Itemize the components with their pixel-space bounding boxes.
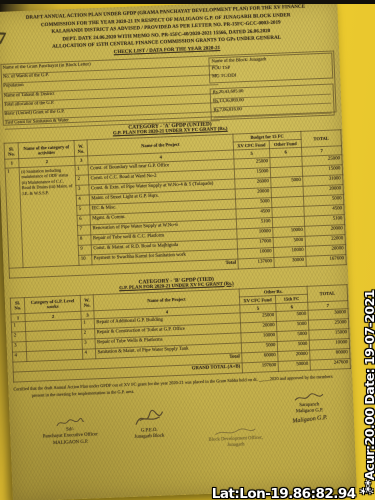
peo-signature-block: Sd/-Panchayat Executive OfficerMALIGAON …	[27, 416, 114, 448]
bdo-signature-block: Block Development Officer,Junagarh	[183, 425, 288, 452]
category-a-table: Sl. No.Name of the category of activitie…	[4, 129, 347, 278]
table-cell: 3	[76, 184, 89, 195]
signature-squiggle	[131, 408, 166, 429]
table-cell: Sl. No.	[10, 297, 25, 314]
table-cell: 247600	[310, 359, 350, 371]
table-cell: W. No.	[74, 140, 88, 157]
table-cell: 4	[76, 194, 89, 205]
table-cell: 7	[77, 224, 90, 235]
gps-latlon-overlay: Lat:Lon-19.86:82.94 **	[212, 486, 373, 500]
sarpanch-signature-block: SarapanchMaligaon G.P. Maligaon G.P.	[266, 390, 353, 424]
table-cell: 1	[11, 322, 25, 333]
category-b-table: Sl. No.Category of G.P. Level worksW. No…	[10, 284, 351, 383]
allocation-values-box: Rs.20,43,685.00Rs.13,36,869.00Rs.7,06,81…	[210, 84, 335, 121]
signature-line: Junagarh Block	[119, 433, 179, 442]
table-cell: TOTAL	[307, 284, 348, 302]
document-photo: 7 DRAFT ANNUAL ACTION PLAN UNDER GPDP (G…	[0, 0, 375, 500]
gp-info-box: Name of the Gram Panchayat (in Block Let…	[0, 50, 336, 125]
table-cell: 30000	[274, 256, 306, 267]
table-cell: 2	[12, 332, 26, 343]
table-cell: 10	[79, 254, 92, 265]
gpeo-signature-lines: G.P.E.O.Junagarh Block	[119, 427, 179, 442]
table-cell: 2	[75, 174, 88, 185]
table-cell: 4	[12, 352, 26, 363]
table-cell: 167600	[306, 254, 346, 266]
table-cell: 9	[78, 244, 91, 255]
table-cell: 5	[77, 204, 90, 215]
table-cell: 4	[82, 349, 95, 360]
table-cell: TOTAL	[301, 130, 342, 148]
gp-info-labels: Name of the Gram Panchayat (in Block Let…	[2, 57, 219, 130]
photo-dark-edge	[0, 0, 375, 4]
table-cell: 1	[81, 319, 94, 330]
table-cell: W. No.	[80, 294, 94, 311]
paper-document: 7 DRAFT ANNUAL ACTION PLAN UNDER GPDP (G…	[0, 0, 357, 500]
bdo-signature-lines: Block Development Officer,Junagarh	[184, 435, 288, 452]
block-info-box: Name of the Block: JunagarhPOU TSPMG TC/…	[208, 53, 333, 84]
table-cell: 6	[77, 214, 90, 225]
table-cell: 2	[82, 329, 95, 340]
table-cell: 8	[78, 234, 91, 245]
table-cell: Sl. No.	[4, 143, 19, 160]
signature-section: Sd/-Panchayat Executive OfficerMALIGAON …	[14, 390, 350, 469]
category-b-body: 11Repair of Additional G.P. Building2500…	[11, 309, 350, 382]
table-cell: 3	[82, 339, 95, 350]
category-a-body: 1(i) Sanitation including maintenance of…	[5, 154, 346, 277]
table-cell: 50000	[278, 360, 310, 371]
gpeo-signature-block: G.P.E.O.Junagarh Block	[118, 407, 179, 442]
table-cell: (i) Sanitation including maintenance of …	[19, 165, 79, 267]
table-cell: 1	[75, 164, 88, 175]
peo-signature-lines: Sd/-Panchayat Executive OfficerMALIGAON …	[27, 426, 114, 448]
pen-mark: 7	[0, 29, 7, 50]
table-cell: 137600	[238, 257, 274, 268]
gps-accuracy-date-overlay: **Acur:20.00 Date: 19-07-2021	[362, 290, 375, 492]
table-cell: 197600	[242, 361, 278, 372]
table-cell: 3	[12, 342, 26, 353]
